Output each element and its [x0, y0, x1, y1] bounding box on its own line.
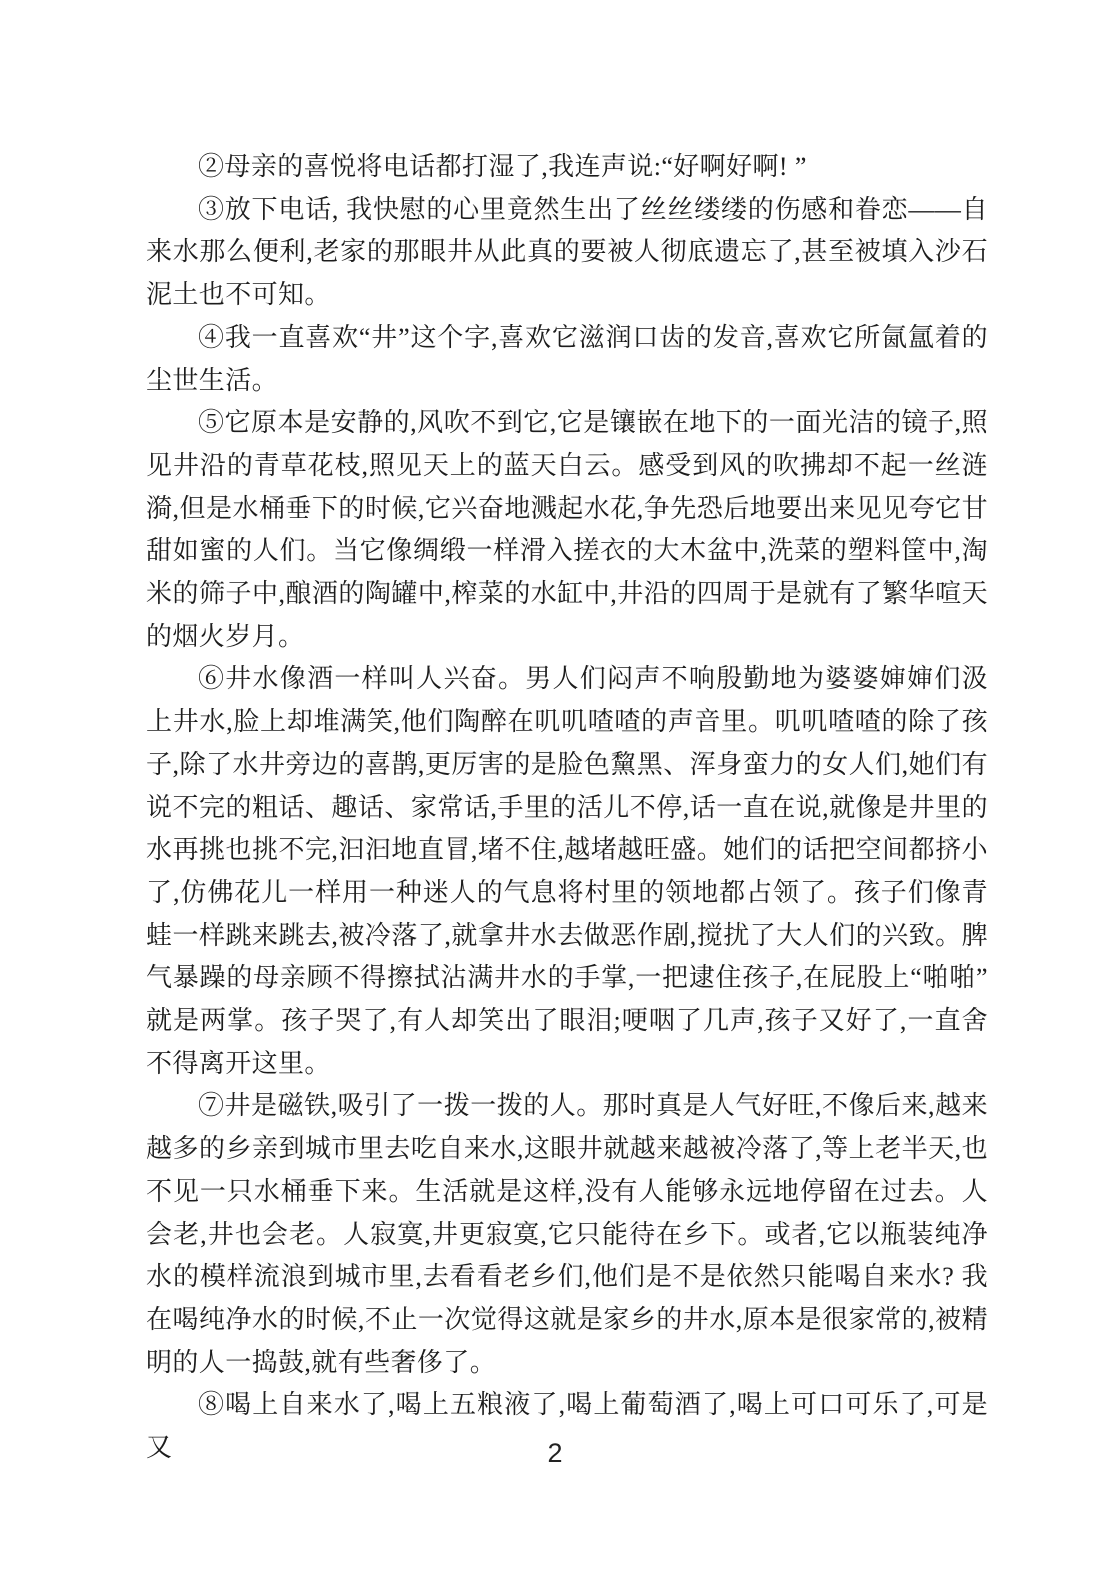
paragraph-3: ③放下电话, 我快慰的心里竟然生出了丝丝缕缕的伤感和眷恋——自来水那么便利,老家… [146, 189, 988, 317]
paragraph-5: ⑤它原本是安静的,风吹不到它,它是镶嵌在地下的一面光洁的镜子,照见井沿的青草花枝… [146, 402, 988, 658]
paragraph-4: ④我一直喜欢“井”这个字,喜欢它滋润口齿的发音,喜欢它所氤氲着的尘世生活。 [146, 317, 988, 402]
paragraph-2: ②母亲的喜悦将电话都打湿了,我连声说:“好啊好啊! ” [146, 146, 988, 189]
document-page: ②母亲的喜悦将电话都打湿了,我连声说:“好啊好啊! ”③放下电话, 我快慰的心里… [0, 0, 1110, 1571]
passage-text-block: ②母亲的喜悦将电话都打湿了,我连声说:“好啊好啊! ”③放下电话, 我快慰的心里… [146, 146, 988, 1470]
paragraph-7: ⑦井是磁铁,吸引了一拨一拨的人。那时真是人气好旺,不像后来,越来越多的乡亲到城市… [146, 1085, 988, 1384]
paragraph-6: ⑥井水像酒一样叫人兴奋。男人们闷声不响殷勤地为婆婆婶婶们汲上井水,脸上却堆满笑,… [146, 658, 988, 1085]
page-number: 2 [0, 1438, 1110, 1469]
